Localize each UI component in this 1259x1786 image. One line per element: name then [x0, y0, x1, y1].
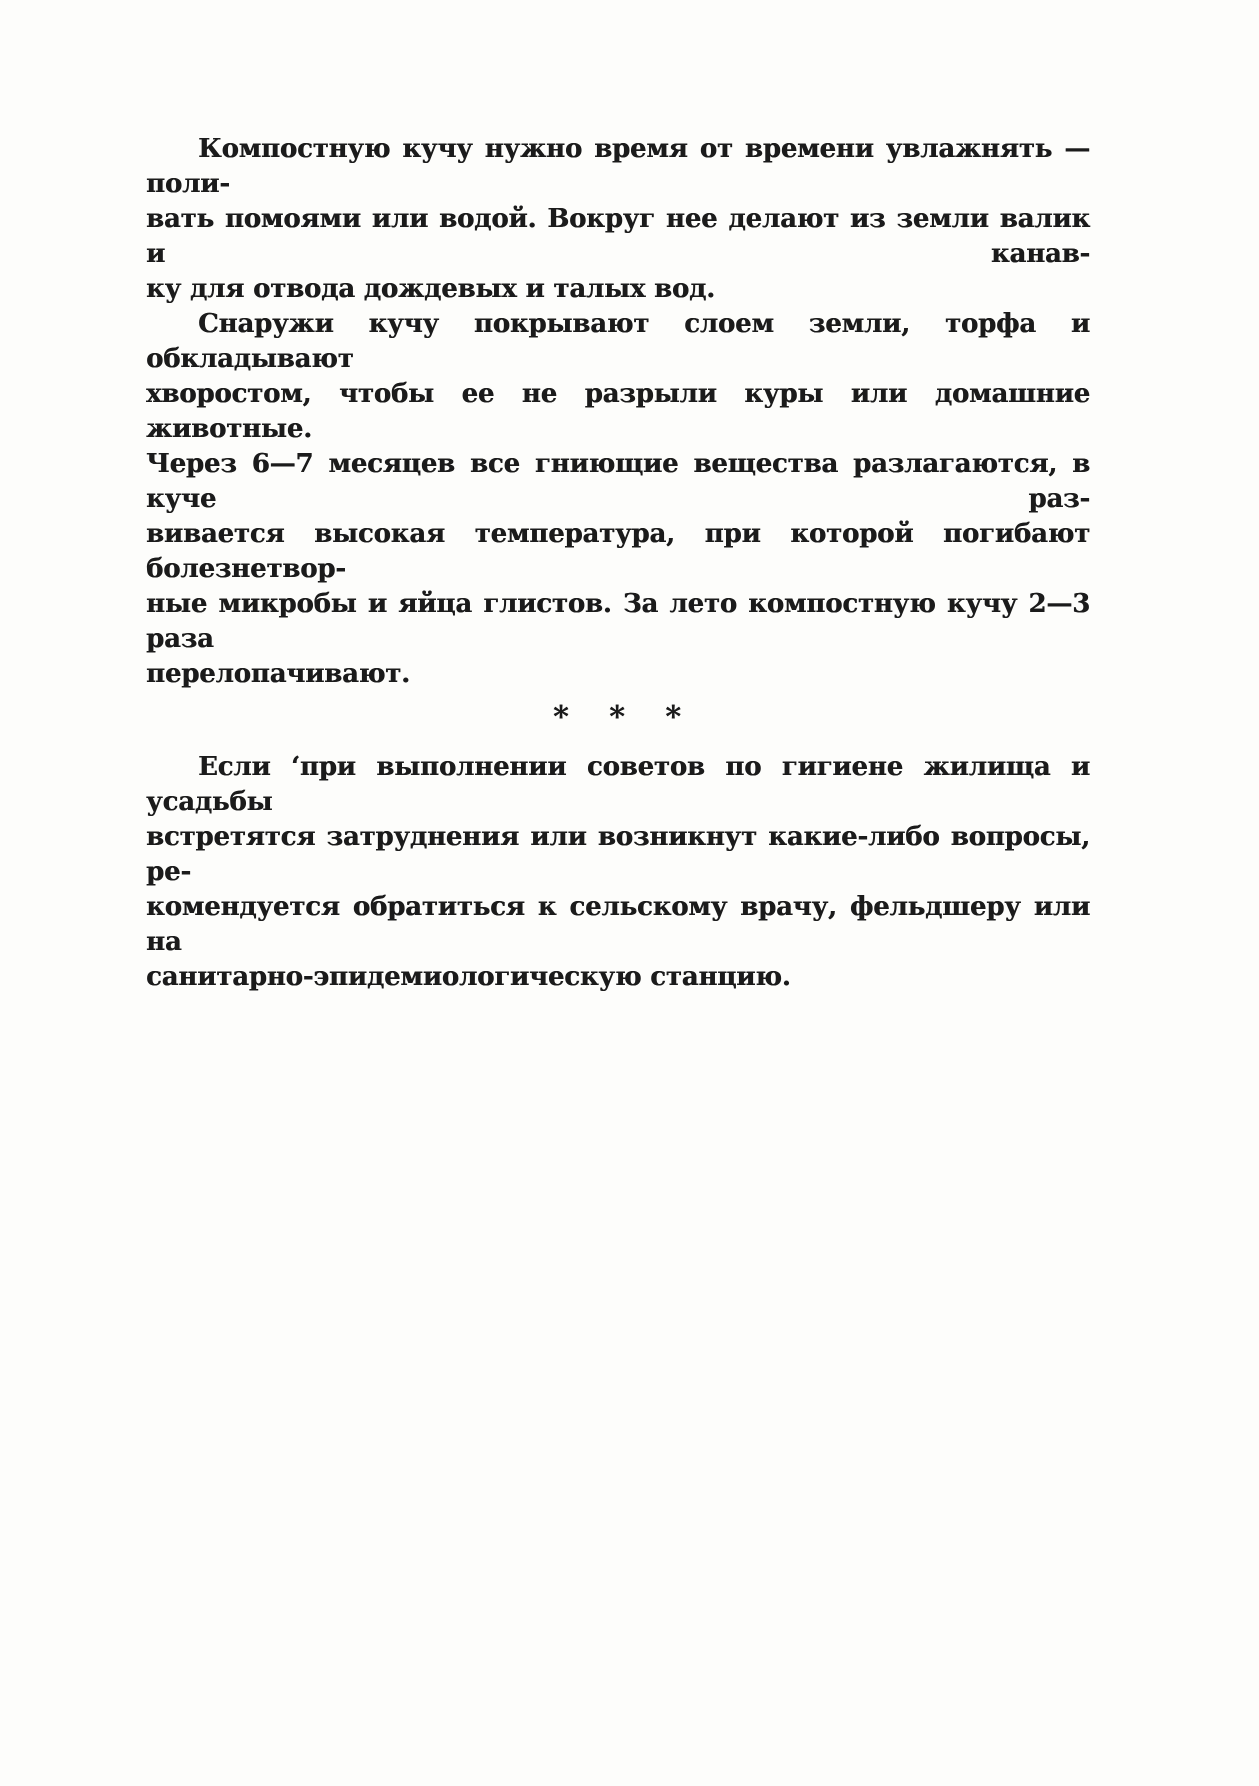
text-line: вать помоями или водой. Вокруг нее делаю…: [146, 202, 1090, 272]
paragraph-closing-advice: Если ‘при выполнении советов по гигиене …: [146, 750, 1090, 995]
text-line: санитарно-эпидемиологическую станцию.: [146, 960, 1090, 995]
text-line: Через 6—7 месяцев все гниющие вещества р…: [146, 447, 1090, 517]
text-line: ку для отвода дождевых и талых вод.: [146, 272, 1090, 307]
text-line: Снаружи кучу покрывают слоем земли, торф…: [146, 307, 1090, 377]
text-line: Если ‘при выполнении советов по гигиене …: [146, 750, 1090, 820]
paragraph-compost-covering: Снаружи кучу покрывают слоем земли, торф…: [146, 307, 1090, 692]
body-text-column: Компостную кучу нужно время от времени у…: [146, 132, 1090, 995]
text-line: комендуется обратиться к сельскому врачу…: [146, 890, 1090, 960]
text-line: перелопачивают.: [146, 657, 1090, 692]
paragraph-compost-watering: Компостную кучу нужно время от времени у…: [146, 132, 1090, 307]
scanned-page: Компостную кучу нужно время от времени у…: [0, 0, 1259, 1786]
text-line: вивается высокая температура, при которо…: [146, 517, 1090, 587]
text-line: Компостную кучу нужно время от времени у…: [146, 132, 1090, 202]
text-line: ные микробы и яйца глистов. За лето комп…: [146, 587, 1090, 657]
text-line: встретятся затруднения или возникнут как…: [146, 820, 1090, 890]
text-line: хворостом, чтобы ее не разрыли куры или …: [146, 377, 1090, 447]
asterisk-section-separator: * * *: [146, 700, 1090, 736]
